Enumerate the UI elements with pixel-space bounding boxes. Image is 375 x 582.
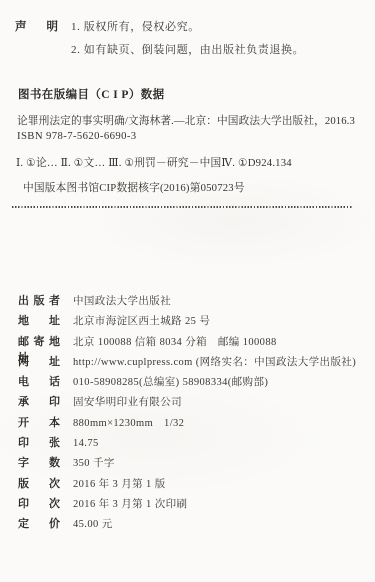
colophon-row-price: 定价 45.00 元	[18, 515, 356, 535]
book-copyright-page: 声明 1. 版权所有，侵权必究。 2. 如有缺页、倒装问题，由出版社负责退换。 …	[0, 0, 375, 582]
colophon-row-website: 网址 http://www.cuplpress.com (网络实名：中国政法大学…	[18, 353, 356, 373]
colophon-value: 2016 年 3 月第 1 版	[73, 476, 166, 491]
colophon-row-phone: 电话 010-58908285(总编室) 58908334(邮购部)	[18, 373, 356, 393]
colophon-label: 网址	[18, 353, 60, 369]
colophon-value: 010-58908285(总编室) 58908334(邮购部)	[73, 374, 268, 389]
colophon-label: 承印	[18, 393, 60, 409]
colophon-label: 地址	[18, 312, 60, 328]
colophon-label: 开本	[18, 414, 60, 430]
colophon-label: 电话	[18, 373, 60, 389]
colophon-value: 中国政法大学出版社	[73, 293, 171, 308]
colophon-value: 14.75	[73, 438, 99, 449]
colophon-label: 版次	[18, 475, 60, 491]
statement-item-2: 2. 如有缺页、倒装问题，由出版社负责退换。	[71, 39, 304, 62]
cip-title-line: 论罪刑法定的事实明确/文海林著.—北京：中国政法大学出版社，2016.3	[17, 113, 355, 128]
colophon-value: 北京 100088 信箱 8034 分箱 邮编 100088	[73, 334, 277, 349]
colophon-value: http://www.cuplpress.com (网络实名：中国政法大学出版社…	[73, 354, 356, 369]
colophon-row-word-count: 字数 350 千字	[18, 454, 356, 474]
cip-classification-line: Ⅰ. ①论… Ⅱ. ①文… Ⅲ. ①刑罚－研究－中国Ⅳ. ①D924.134	[16, 155, 292, 170]
colophon-label: 定价	[18, 515, 60, 531]
colophon-value: 45.00 元	[73, 516, 113, 531]
colophon-row-mailing-address: 邮寄地址 北京 100088 信箱 8034 分箱 邮编 100088	[18, 333, 356, 353]
cip-record-line: 中国版本图书馆CIP数据核字(2016)第050723号	[23, 180, 245, 195]
statement-label: 声明	[15, 16, 58, 62]
colophon-row-printer: 承印 固安华明印业有限公司	[18, 393, 356, 413]
colophon-row-address: 地址 北京市海淀区西土城路 25 号	[18, 312, 356, 332]
colophon-value: 2016 年 3 月第 1 次印刷	[73, 496, 187, 511]
colophon-row-format: 开本 880mm×1230mm 1/32	[18, 414, 356, 434]
colophon-label: 印次	[18, 495, 60, 511]
statement-item-1: 1. 版权所有，侵权必究。	[71, 16, 304, 39]
colophon-row-impression: 印次 2016 年 3 月第 1 次印刷	[18, 495, 356, 515]
colophon-value: 350 千字	[73, 455, 115, 470]
colophon-value: 固安华明印业有限公司	[73, 394, 182, 409]
colophon-value: 北京市海淀区西土城路 25 号	[73, 313, 210, 328]
colophon-value: 880mm×1230mm 1/32	[73, 415, 184, 430]
colophon-row-edition: 版次 2016 年 3 月第 1 版	[18, 475, 356, 495]
colophon-label: 印张	[18, 434, 60, 450]
colophon-block: 出版者 中国政法大学出版社 地址 北京市海淀区西土城路 25 号 邮寄地址 北京…	[18, 292, 356, 536]
colophon-row-publisher: 出版者 中国政法大学出版社	[18, 292, 356, 312]
statement-items: 1. 版权所有，侵权必究。 2. 如有缺页、倒装问题，由出版社负责退换。	[71, 16, 304, 62]
colophon-label: 字数	[18, 454, 60, 470]
statement-block: 声明 1. 版权所有，侵权必究。 2. 如有缺页、倒装问题，由出版社负责退换。	[15, 16, 304, 62]
cip-header: 图书在版编目（C I P）数据	[18, 86, 165, 102]
dotted-divider	[12, 206, 353, 208]
cip-isbn-line: ISBN 978-7-5620-6690-3	[17, 130, 137, 142]
colophon-row-sheets: 印张 14.75	[18, 434, 356, 454]
colophon-label: 出版者	[18, 292, 60, 308]
